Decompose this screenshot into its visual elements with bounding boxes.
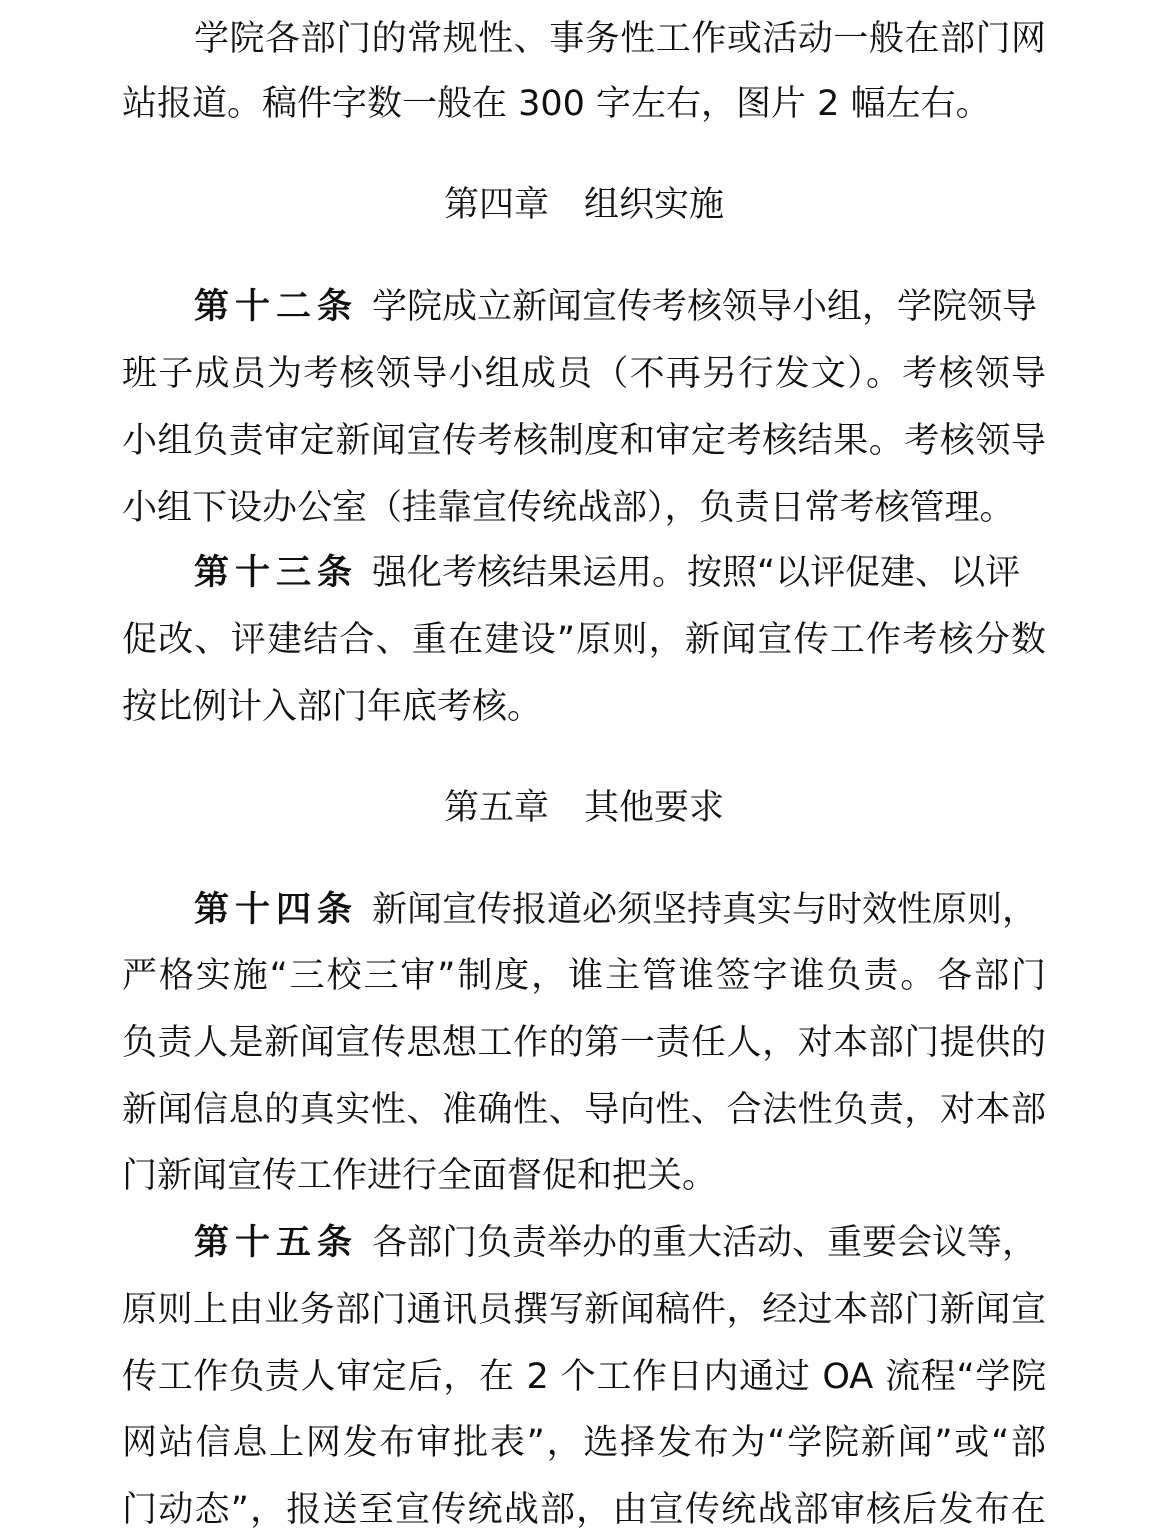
intro-paragraph-line-2: 站报道。稿件字数一般在 300 字左右，图片 2 幅左右。 <box>122 79 1046 129</box>
article-12-first-line-text: 学院成立新闻宣传考核领导小组，学院领导 <box>372 287 1037 327</box>
article-15-line-4: 网站信息上网发布审批表”，选择发布为“学院新闻”或“部 <box>122 1418 1046 1468</box>
article-13-first-line: 第十三条强化考核结果运用。按照“以评促建、以评 <box>122 548 1046 598</box>
article-15-line-2: 原则上由业务部门通讯员撰写新闻稿件，经过本部门新闻宣 <box>122 1285 1046 1335</box>
article-13-first-line-text: 强化考核结果运用。按照“以评促建、以评 <box>372 553 1020 593</box>
article-13-label: 第十三条 <box>194 552 358 593</box>
article-15-first-line-text: 各部门负责举办的重大活动、重要会议等， <box>372 1223 1037 1263</box>
article-14-first-line-text: 新闻宣传报道必须坚持真实与时效性原则， <box>372 890 1037 930</box>
article-15-line-5: 门动态”，报送至宣传统战部，由宣传统战部审核后发布在 <box>122 1485 1046 1535</box>
article-15-first-line: 第十五条各部门负责举办的重大活动、重要会议等， <box>122 1218 1046 1268</box>
chapter-5-heading: 第五章 其他要求 <box>122 783 1046 833</box>
article-14-line-3: 负责人是新闻宣传思想工作的第一责任人，对本部门提供的 <box>122 1018 1046 1068</box>
article-13-line-3: 按比例计入部门年底考核。 <box>122 682 1046 732</box>
article-14-line-4: 新闻信息的真实性、准确性、导向性、合法性负责，对本部 <box>122 1085 1046 1135</box>
article-14-first-line: 第十四条新闻宣传报道必须坚持真实与时效性原则， <box>122 885 1046 935</box>
article-14-line-5: 门新闻宣传工作进行全面督促和把关。 <box>122 1151 1046 1201</box>
article-13-line-2: 促改、评建结合、重在建设”原则，新闻宣传工作考核分数 <box>122 615 1046 665</box>
article-14-label: 第十四条 <box>194 889 358 930</box>
article-12-label: 第十二条 <box>194 286 358 327</box>
article-14-line-2: 严格实施“三校三审”制度，谁主管谁签字谁负责。各部门 <box>122 951 1046 1001</box>
article-12-line-4: 小组下设办公室（挂靠宣传统战部），负责日常考核管理。 <box>122 483 1046 533</box>
article-15-line-3: 传工作负责人审定后，在 2 个工作日内通过 OA 流程“学院 <box>122 1352 1046 1402</box>
chapter-4-heading: 第四章 组织实施 <box>122 180 1046 230</box>
article-15-label: 第十五条 <box>194 1222 358 1263</box>
article-12-first-line: 第十二条学院成立新闻宣传考核领导小组，学院领导 <box>122 282 1046 332</box>
article-12-line-2: 班子成员为考核领导小组成员（不再另行发文）。考核领导 <box>122 349 1046 399</box>
intro-paragraph-line-1: 学院各部门的常规性、事务性工作或活动一般在部门网 <box>122 14 1046 64</box>
article-12-line-3: 小组负责审定新闻宣传考核制度和审定考核结果。考核领导 <box>122 416 1046 466</box>
